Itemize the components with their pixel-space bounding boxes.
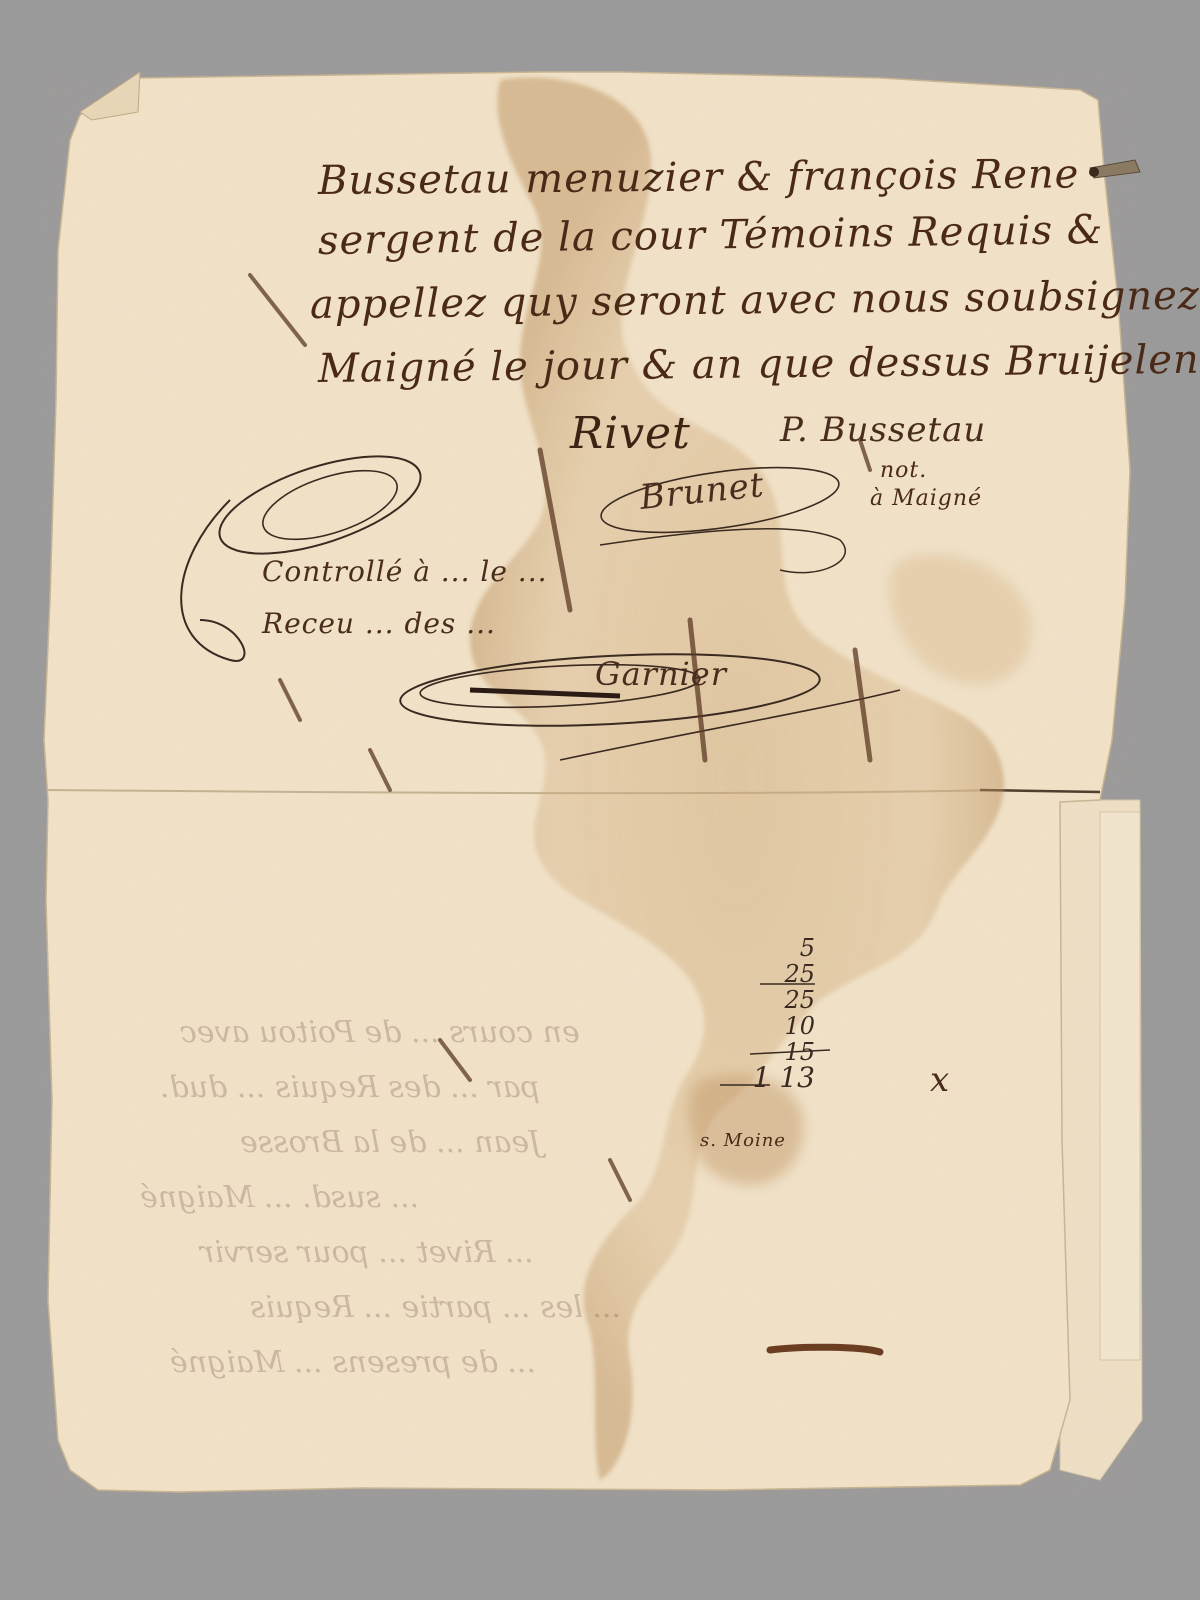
signature-bussetau: P. Bussetau: [780, 410, 986, 450]
signature-note-not: not.: [880, 458, 927, 483]
tally-row: 10: [725, 1013, 815, 1039]
bleed-line: en cours ... de Poitou avec: [180, 1015, 580, 1050]
bleed-line: ... de presens ... Maigné: [170, 1345, 536, 1380]
signature-note-place: à Maigné: [870, 486, 982, 511]
tally-column: 5 25 25 10 15 1 13: [725, 935, 815, 1091]
text-line-4: Maigné le jour & an que dessus Bruijelen: [318, 337, 1200, 392]
tally-total: 1 13: [725, 1065, 815, 1091]
signature-controller: Garnier: [595, 655, 727, 693]
manuscript-photo: en cours ... de Poitou avec par ... des …: [0, 0, 1200, 1600]
bleed-line: ... les ... partie ... Requis: [250, 1290, 621, 1325]
tally-row: 25: [725, 961, 815, 987]
stain-note: s. Moine: [700, 1130, 786, 1151]
signature-rivet: Rivet: [570, 408, 691, 459]
bleed-line: ... Rivet ... pour servir: [200, 1235, 534, 1270]
text-line-3: appellez quy seront avec nous soubsignez…: [310, 271, 1200, 328]
tally-row: 25: [725, 987, 815, 1013]
control-line-1: Controllé à ... le ...: [262, 555, 548, 588]
control-line-2: Receu ... des ...: [262, 607, 496, 640]
tally-mark: x: [930, 1060, 950, 1100]
bleed-line: ... susd. ... Maigné: [140, 1180, 419, 1215]
bleed-line: Jean ... de la Brosse: [240, 1125, 541, 1160]
bleed-line: par ... des Requis ... dud.: [160, 1070, 540, 1105]
tally-row: 5: [725, 935, 815, 961]
text-line-1: Bussetau menuzier & françois Rene: [318, 151, 1080, 204]
